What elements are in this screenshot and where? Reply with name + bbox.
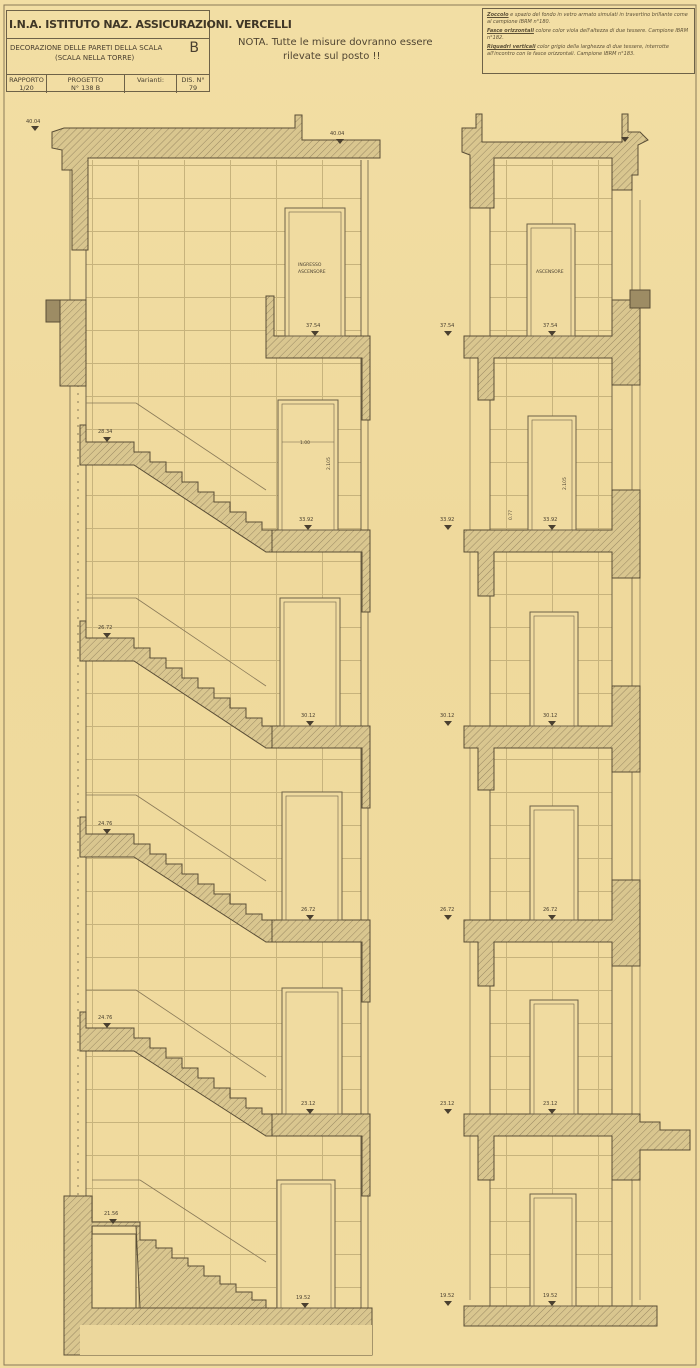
- level-mark: 26.72: [98, 625, 112, 631]
- level-mark: 33.92: [440, 517, 454, 523]
- level-mark: 28.34: [98, 429, 112, 435]
- svg-text:40.04: 40.04: [330, 131, 344, 137]
- left-stair-section: INGRESSO ASCENSORE 1.00 2.105 40.04 40.0…: [26, 115, 380, 1355]
- level-mark: 19.52: [296, 1295, 310, 1301]
- level-mark: 19.52: [440, 1293, 454, 1299]
- door-label-ascensore: ASCENSORE: [536, 269, 564, 275]
- svg-text:19.52: 19.52: [543, 1293, 557, 1299]
- level-mark: 23.12: [301, 1101, 315, 1107]
- right-door-height-dim: 2.105: [562, 477, 568, 490]
- svg-text:26.72: 26.72: [543, 907, 557, 913]
- level-mark: 26.72: [440, 907, 454, 913]
- door-label-ascensore-left: ASCENSORE: [298, 269, 326, 275]
- svg-text:23.12: 23.12: [543, 1101, 557, 1107]
- svg-text:30.12: 30.12: [543, 713, 557, 719]
- door-label-ingresso: INGRESSO: [298, 262, 322, 268]
- level-mark: 23.12: [440, 1101, 454, 1107]
- level-mark: 24.76: [98, 1015, 112, 1021]
- door-height-dim: 2.105: [326, 457, 332, 470]
- level-mark: 24.76: [98, 821, 112, 827]
- svg-text:33.92: 33.92: [543, 517, 557, 523]
- drawing-sheet: I.N.A. ISTITUTO NAZ. ASSICURAZIONI. VERC…: [0, 0, 700, 1368]
- level-mark: 37.54: [440, 323, 454, 329]
- section-drawing: INGRESSO ASCENSORE 1.00 2.105 40.04 40.0…: [0, 0, 700, 1368]
- right-door-sill-dim: 0.77: [508, 510, 514, 520]
- level-mark: 40.04: [26, 119, 40, 125]
- level-mark: 37.54: [306, 323, 320, 329]
- right-lift-section: ASCENSORE 2.105 0.77 37.54 37.54 33.92 3…: [440, 114, 690, 1326]
- level-mark: 26.72: [301, 907, 315, 913]
- level-mark: 30.12: [301, 713, 315, 719]
- level-mark: 30.12: [440, 713, 454, 719]
- svg-text:37.54: 37.54: [543, 323, 557, 329]
- door-width-dim: 1.00: [300, 440, 310, 446]
- level-mark: 21.56: [104, 1211, 118, 1217]
- level-mark: 33.92: [299, 517, 313, 523]
